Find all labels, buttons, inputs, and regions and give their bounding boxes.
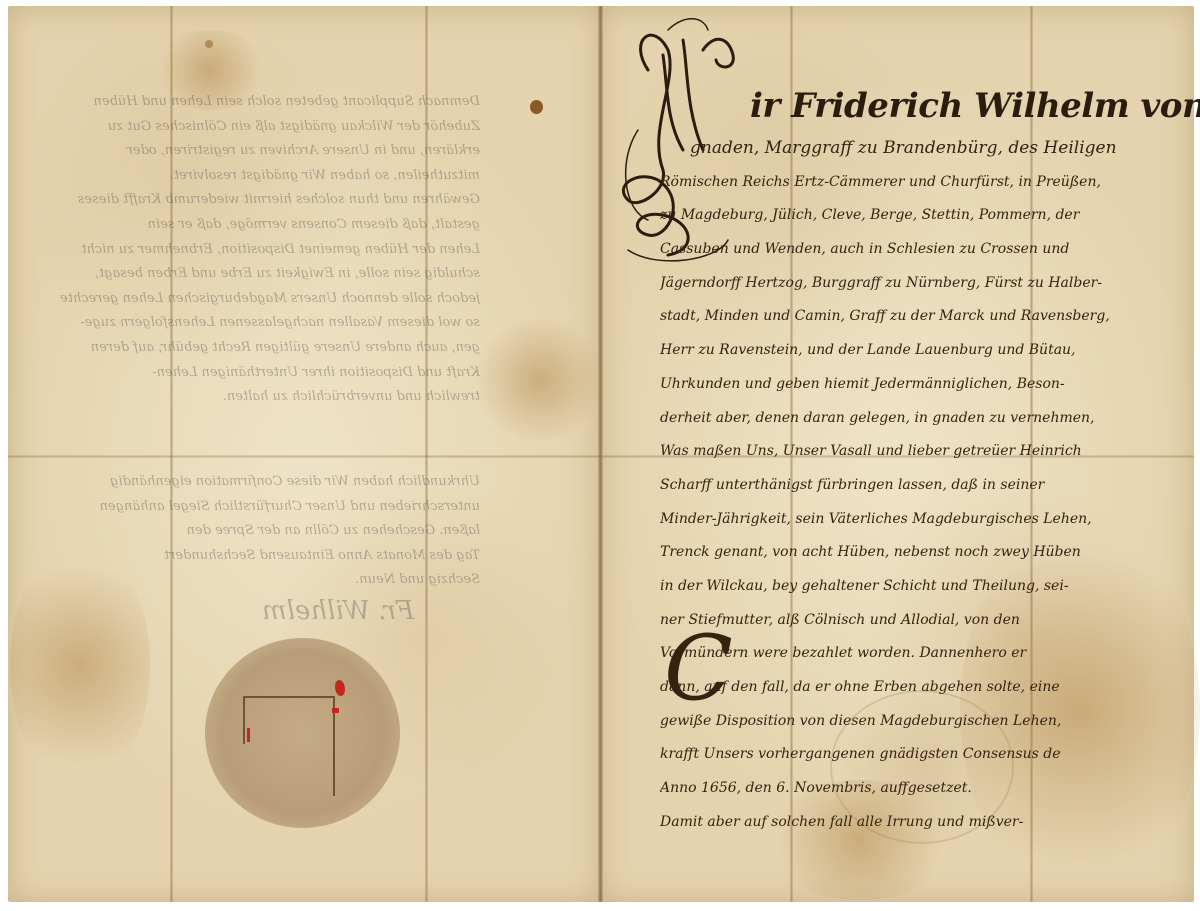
text-line: in der Wilckau, bey gehaltener Schicht u… [660, 570, 1170, 604]
text-line: gewiße Disposition von diesen Magdeburgi… [660, 705, 1170, 739]
water-stain [470, 320, 610, 440]
wax-seal [205, 638, 400, 828]
text-line: zu Magdeburg, Jülich, Cleve, Berge, Stet… [660, 199, 1170, 233]
text-line: Jägerndorff Hertzog, Burggraff zu Nürnbe… [660, 267, 1170, 301]
bleed-through-text-lower: Uhrkundlich haben Wir diese Confirmation… [40, 470, 480, 593]
text-line: krafft Unsers vorhergangenen gnädigsten … [660, 738, 1170, 772]
text-line: Scharff unterthänigst fürbringen lassen,… [660, 469, 1170, 503]
text-line: Anno 1656, den 6. Novembris, auffgesetze… [660, 772, 1170, 806]
text-line: Herr zu Ravenstein, und der Lande Lauenb… [660, 334, 1170, 368]
text-line: Cassuben und Wenden, auch in Schlesien z… [660, 233, 1170, 267]
center-fold [598, 6, 603, 902]
text-line: Minder-Jährigkeit, sein Väterliches Magd… [660, 503, 1170, 537]
text-line: ner Stiefmutter, alß Cölnisch und Allodi… [660, 604, 1170, 638]
text-line: dann, auf den fall, da er ohne Erben abg… [660, 671, 1170, 705]
text-line: Trenck genant, von acht Hüben, nebenst n… [660, 536, 1170, 570]
ink-spot [530, 100, 543, 114]
text-line: stadt, Minden und Camin, Graff zu der Ma… [660, 300, 1170, 334]
text-line: Vormündern were bezahlet worden. Dannenh… [660, 637, 1170, 671]
red-wax-fragment [335, 680, 345, 696]
decorative-initial-c: C [664, 624, 733, 714]
signature: Fr. Wilhelm [262, 596, 414, 626]
text-line: gnaden, Marggraff zu Brandenbürg, des He… [690, 132, 1170, 166]
bleed-through-text: Demnach Supplicant gebeten solch sein Le… [40, 90, 480, 410]
text-line: Uhrkunden und geben hiemit Jedermännigli… [660, 368, 1170, 402]
text-line: Römischen Reichs Ertz-Cämmerer und Churf… [660, 166, 1170, 200]
charter-body: gnaden, Marggraff zu Brandenbürg, des He… [690, 132, 1170, 839]
text-line: Was maßen Uns, Unser Vasall und lieber g… [660, 435, 1170, 469]
charter-heading: ir Friderich Wilhelm von Gottes [750, 86, 1200, 126]
text-line: Damit aber auf solchen fall alle Irrung … [660, 806, 1170, 840]
text-line: derheit aber, denen daran gelegen, in gn… [660, 402, 1170, 436]
manuscript-spread: Demnach Supplicant gebeten solch sein Le… [0, 0, 1200, 911]
ink-spot [205, 40, 213, 48]
